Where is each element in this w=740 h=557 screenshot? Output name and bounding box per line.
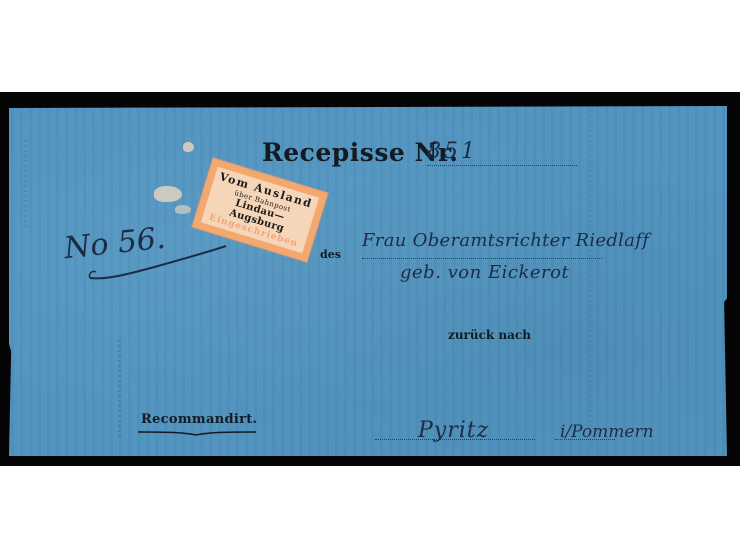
return-to-label: zurück nach	[448, 328, 531, 342]
receipt-number-handwritten: 851	[427, 139, 478, 164]
receipt-number-dotted-line	[427, 165, 577, 166]
paper-texture-mark	[118, 340, 121, 440]
paper-damage-spot	[154, 186, 182, 202]
addressee-line-2: geb. von Eickerot	[400, 262, 569, 283]
return-region-dotted-line	[555, 439, 615, 440]
addressee-line-1: Frau Oberamtsrichter Riedlaff	[362, 230, 649, 251]
return-place-dotted-line	[375, 439, 535, 440]
paper-texture-mark	[590, 110, 593, 450]
des-label: des	[320, 248, 341, 261]
paper-damage-spot	[175, 205, 191, 214]
addressee-dotted-line	[362, 258, 602, 259]
registered-label: Recommandirt.	[141, 412, 257, 427]
paper-texture-mark	[24, 140, 27, 230]
entry-number-underline	[88, 240, 228, 282]
paper-damage-spot	[183, 142, 194, 152]
registered-decorative-underline	[138, 430, 256, 436]
